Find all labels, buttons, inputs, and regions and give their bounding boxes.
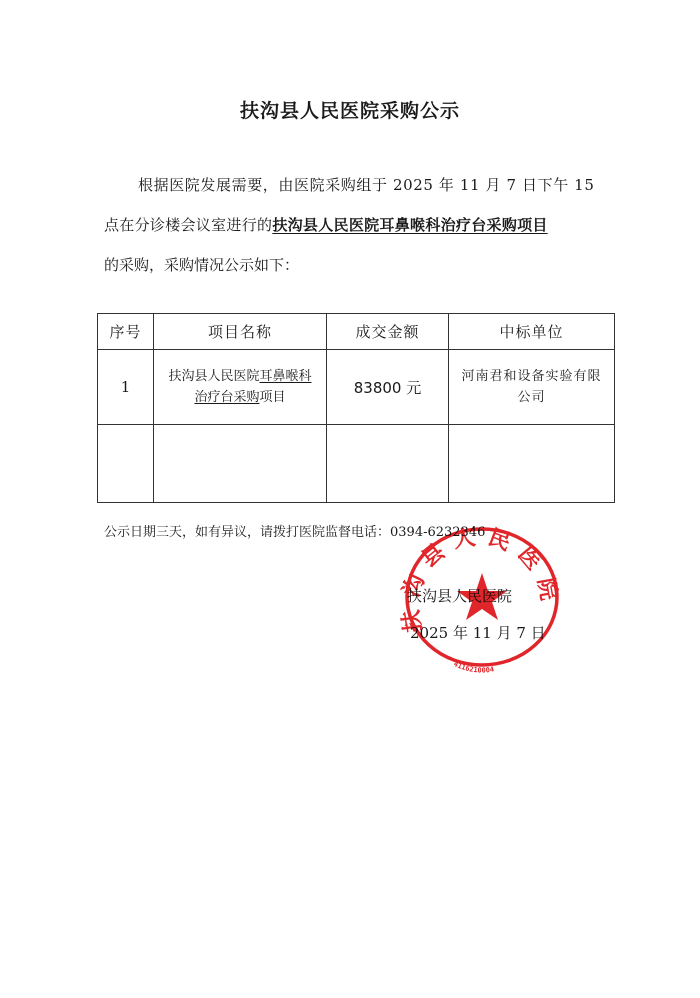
project-suffix-text: 项目 xyxy=(260,390,286,405)
cell-amount: 83800 元 xyxy=(327,350,449,425)
svg-text:扶沟县人民医院: 扶沟县人民医院 xyxy=(397,525,563,634)
official-seal-icon: 扶沟县人民医院 4116210004 xyxy=(395,525,565,675)
project-name: 扶沟县人民医院耳鼻喉科治疗台采购项目 xyxy=(272,216,547,234)
procurement-table: 序号 项目名称 成交金额 中标单位 1 扶沟县人民医院耳鼻喉科治疗台采购项目 8… xyxy=(97,313,615,503)
cell-project-name xyxy=(154,425,327,503)
table-row xyxy=(98,425,615,503)
header-amount: 成交金额 xyxy=(327,314,449,350)
header-project-name: 项目名称 xyxy=(154,314,327,350)
cell-index xyxy=(98,425,154,503)
project-underlined-text-1: 耳鼻喉科 xyxy=(260,369,312,384)
intro-line-2-prefix: 点在分诊楼会议室进行的 xyxy=(104,216,272,234)
cell-amount xyxy=(327,425,449,503)
document-title: 扶沟县人民医院采购公示 xyxy=(0,96,700,123)
project-underlined-text-2: 治疗台采购 xyxy=(194,390,259,405)
header-index: 序号 xyxy=(98,314,154,350)
intro-line-3: 的采购，采购情况公示如下： xyxy=(104,245,614,285)
header-winner: 中标单位 xyxy=(449,314,615,350)
cell-winner: 河南君和设备实验有限公司 xyxy=(449,350,615,425)
cell-project-name: 扶沟县人民医院耳鼻喉科治疗台采购项目 xyxy=(154,350,327,425)
cell-index: 1 xyxy=(98,350,154,425)
cell-winner xyxy=(449,425,615,503)
intro-line-1: 根据医院发展需要，由医院采购组于 2025 年 11 月 7 日下午 15 xyxy=(104,165,614,205)
table-row: 1 扶沟县人民医院耳鼻喉科治疗台采购项目 83800 元 河南君和设备实验有限公… xyxy=(98,350,615,425)
svg-text:4116210004: 4116210004 xyxy=(452,660,494,675)
project-plain-text: 扶沟县人民医院 xyxy=(168,369,259,384)
table-header-row: 序号 项目名称 成交金额 中标单位 xyxy=(98,314,615,350)
intro-line-2: 点在分诊楼会议室进行的扶沟县人民医院耳鼻喉科治疗台采购项目 xyxy=(104,205,614,245)
